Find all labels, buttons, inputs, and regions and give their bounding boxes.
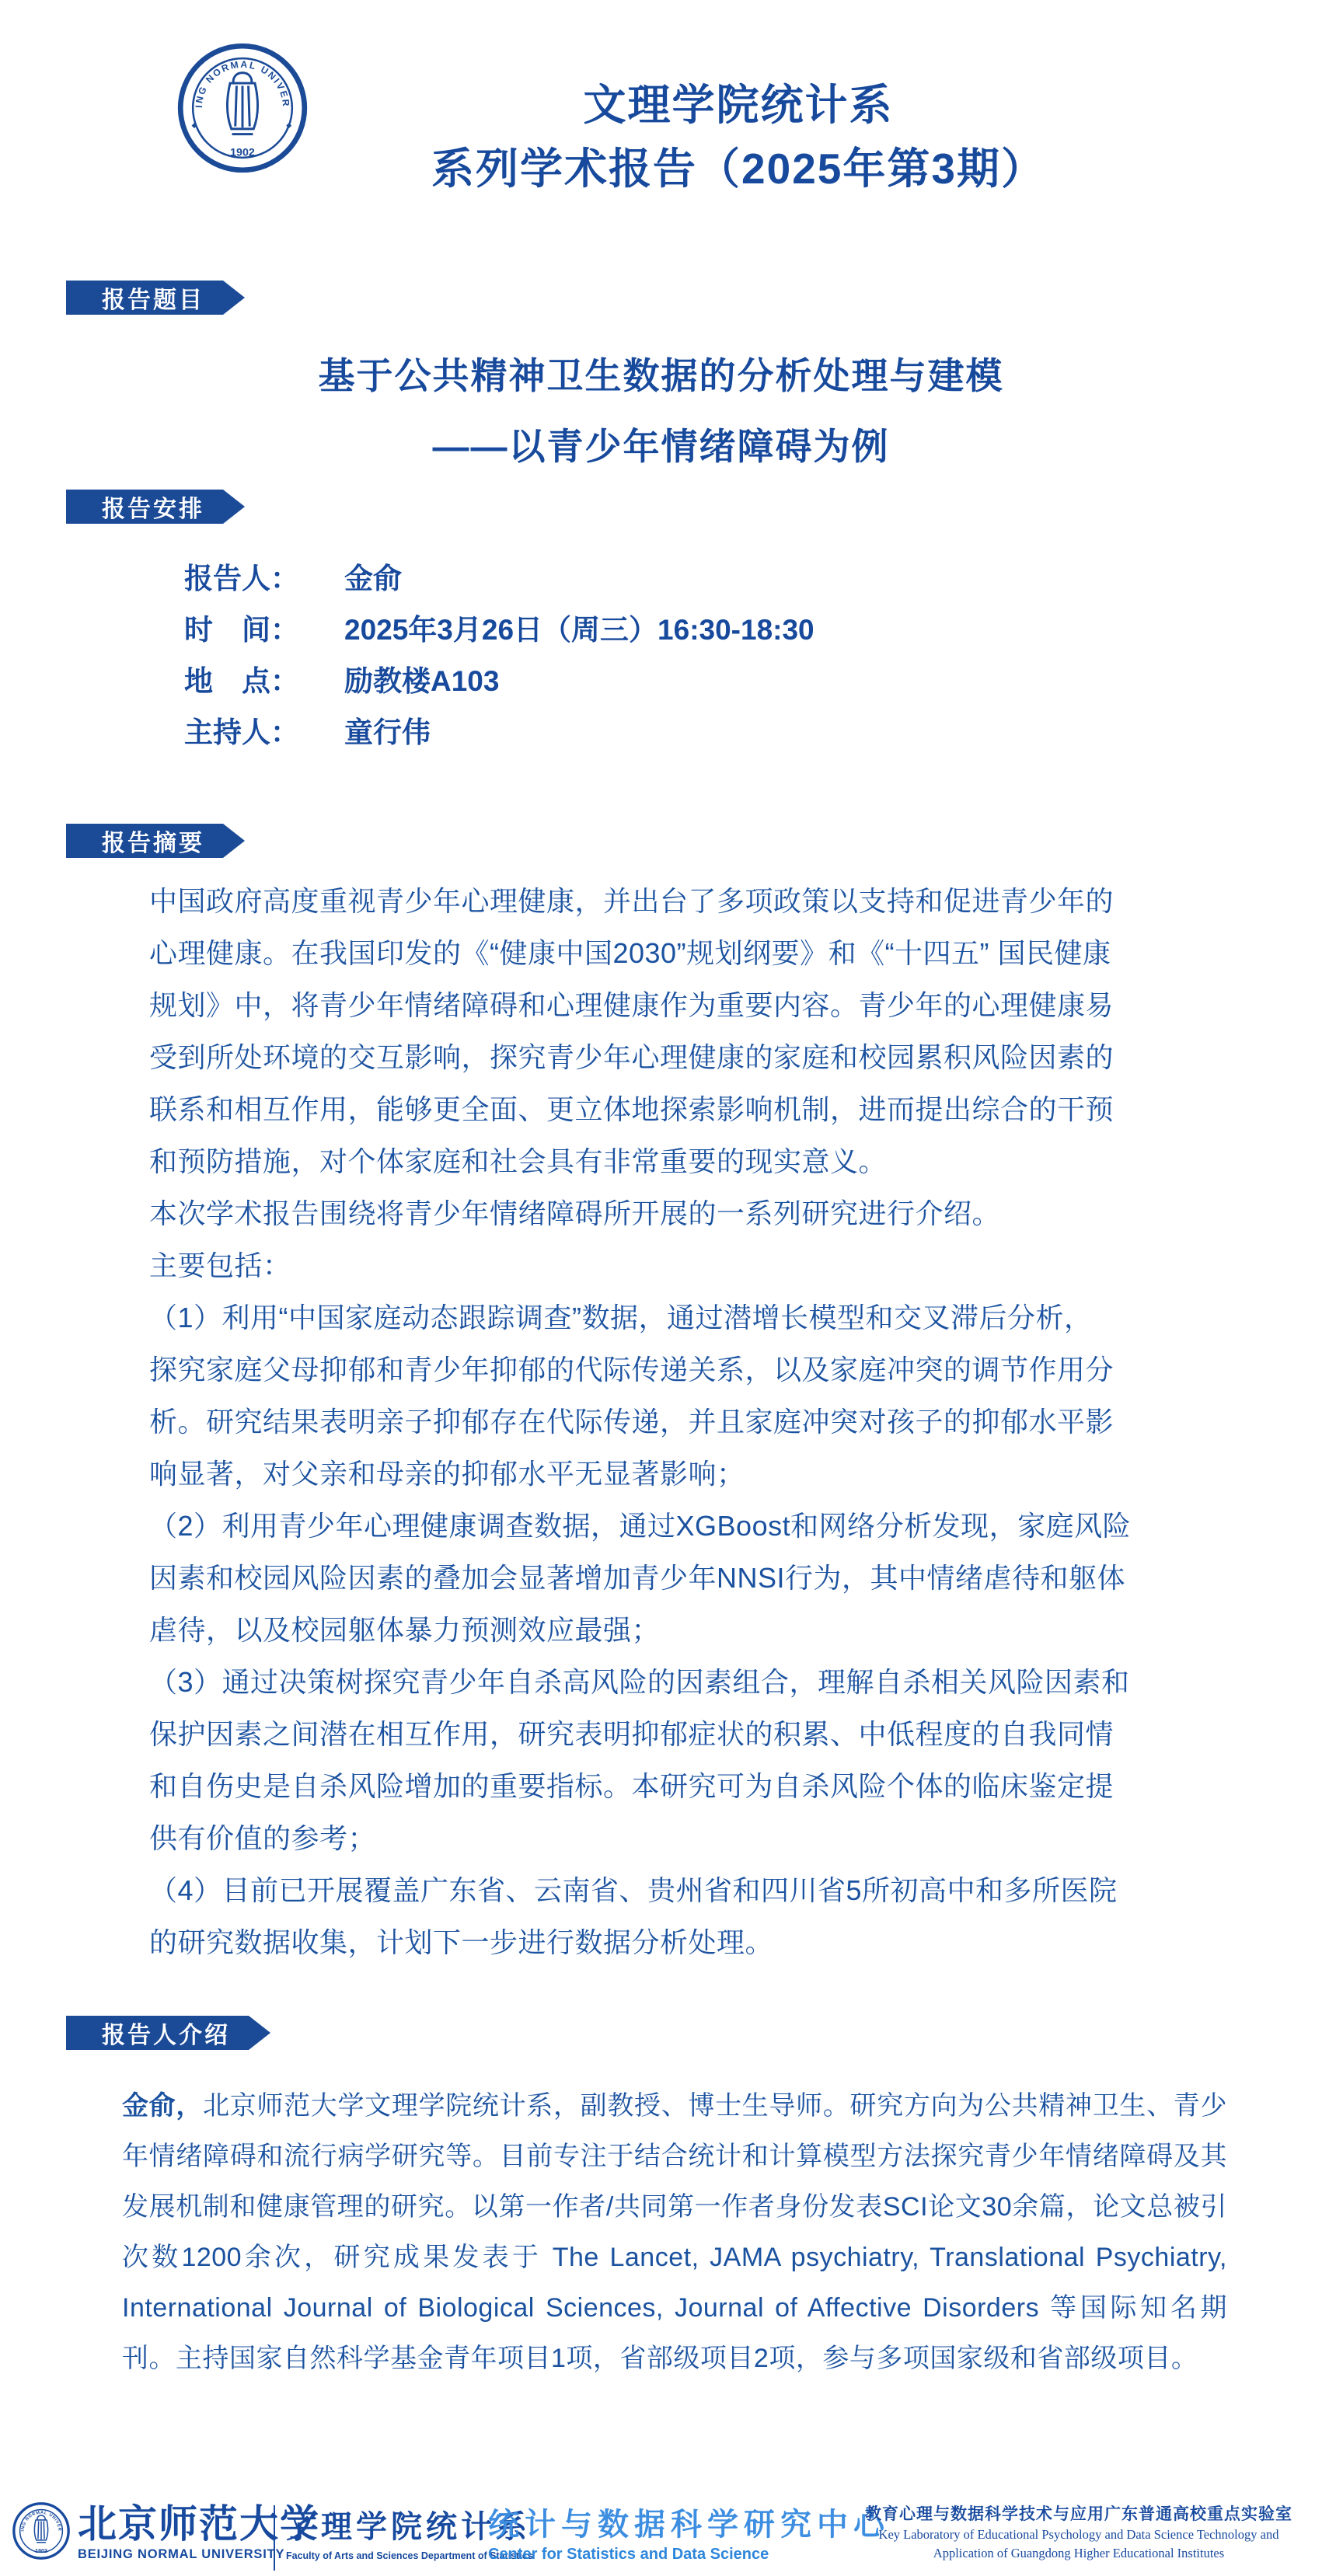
speaker-bio: 金俞，北京师范大学文理学院统计系，副教授、博士生导师。研究方向为公共精神卫生、青…	[122, 2081, 1227, 2384]
report-title-line2: ——以青少年情绪障碍为例	[0, 411, 1322, 482]
poster-header: 文理学院统计系 系列学术报告（2025年第3期）	[326, 73, 1150, 200]
footer: BEIJING NORMAL UNIVERSITY 1902 北京师范大学 BE…	[0, 2487, 1322, 2576]
schedule-block: 报告人：金俞 时 间：2025年3月26日（周三）16:30-18:30 地 点…	[184, 553, 814, 758]
footer-center-block: 统计与数据科学研究中心 Center for Statistics and Da…	[488, 2507, 890, 2564]
footer-lab-name-en-line1: Key Laboratory of Educational Psychology…	[846, 2526, 1312, 2543]
section-tag-speaker: 报告人介绍	[66, 2016, 270, 2050]
schedule-row-time: 时 间：2025年3月26日（周三）16:30-18:30	[184, 605, 814, 656]
schedule-row-value: 2025年3月26日（周三）16:30-18:30	[344, 614, 814, 646]
footer-lab-name-en-line2: Application of Guangdong Higher Educatio…	[846, 2545, 1312, 2561]
report-title-line1: 基于公共精神卫生数据的分析处理与建模	[0, 340, 1322, 411]
section-tag-label: 报告安排	[102, 490, 204, 524]
report-title: 基于公共精神卫生数据的分析处理与建模 ——以青少年情绪障碍为例	[0, 340, 1322, 482]
section-tag-label: 报告人介绍	[102, 2016, 230, 2050]
section-tag-abstract: 报告摘要	[66, 824, 245, 858]
poster-page: BEIJING NORMAL UNIVERSITY 1902 ◆ ◆ 文理学院统…	[0, 0, 1322, 2576]
schedule-row-location: 地 点：励教楼A103	[184, 656, 814, 707]
section-tag-report-title: 报告题目	[66, 281, 245, 315]
schedule-row-label: 主持人：	[184, 707, 344, 758]
seal-year-text: 1902	[230, 146, 255, 159]
schedule-row-label: 时 间：	[184, 605, 344, 656]
seal-diamond-left: ◆	[191, 121, 197, 129]
footer-bnu-block: 北京师范大学 BEIJING NORMAL UNIVERSITY	[78, 2504, 320, 2562]
section-tag-label: 报告题目	[102, 281, 204, 315]
schedule-row-value: 童行伟	[344, 716, 431, 748]
footer-lab-block: 教育心理与数据科学技术与应用广东普通高校重点实验室 Key Laboratory…	[846, 2504, 1312, 2561]
footer-center-name-en: Center for Statistics and Data Science	[488, 2546, 890, 2564]
footer-bnu-name-en: BEIJING NORMAL UNIVERSITY	[78, 2547, 320, 2562]
bnu-seal-logo-small: BEIJING NORMAL UNIVERSITY 1902	[12, 2502, 70, 2560]
footer-bnu-name-cn: 北京师范大学	[78, 2504, 320, 2544]
schedule-row-host: 主持人：童行伟	[184, 707, 814, 758]
schedule-row-value: 金俞	[344, 563, 402, 594]
footer-lab-name-cn: 教育心理与数据科学技术与应用广东普通高校重点实验室	[846, 2504, 1312, 2524]
schedule-row-label: 报告人：	[184, 553, 344, 605]
abstract-text: 中国政府高度重视青少年心理健康，并出台了多项政策以支持和促进青少年的 心理健康。…	[149, 875, 1183, 1968]
bnu-seal-logo: BEIJING NORMAL UNIVERSITY 1902 ◆ ◆	[177, 43, 308, 173]
schedule-row-value: 励教楼A103	[344, 665, 499, 697]
speaker-name: 金俞，	[122, 2091, 203, 2121]
section-tag-schedule: 报告安排	[66, 490, 245, 524]
seal-diamond-right: ◆	[286, 121, 291, 129]
section-tag-label: 报告摘要	[102, 824, 204, 858]
footer-center-name-cn: 统计与数据科学研究中心	[488, 2507, 890, 2543]
seal-bell-emblem	[34, 2515, 47, 2543]
footer-divider	[274, 2505, 275, 2571]
header-org-line1: 文理学院统计系	[326, 73, 1150, 137]
speaker-bio-text: 北京师范大学文理学院统计系，副教授、博士生导师。研究方向为公共精神卫生、青少年情…	[122, 2091, 1227, 2373]
schedule-row-label: 地 点：	[184, 656, 344, 707]
schedule-row-speaker: 报告人：金俞	[184, 553, 814, 605]
seal-year-text: 1902	[35, 2549, 47, 2554]
header-org-line2: 系列学术报告（2025年第3期）	[326, 137, 1150, 200]
seal-bell-emblem	[227, 73, 257, 134]
